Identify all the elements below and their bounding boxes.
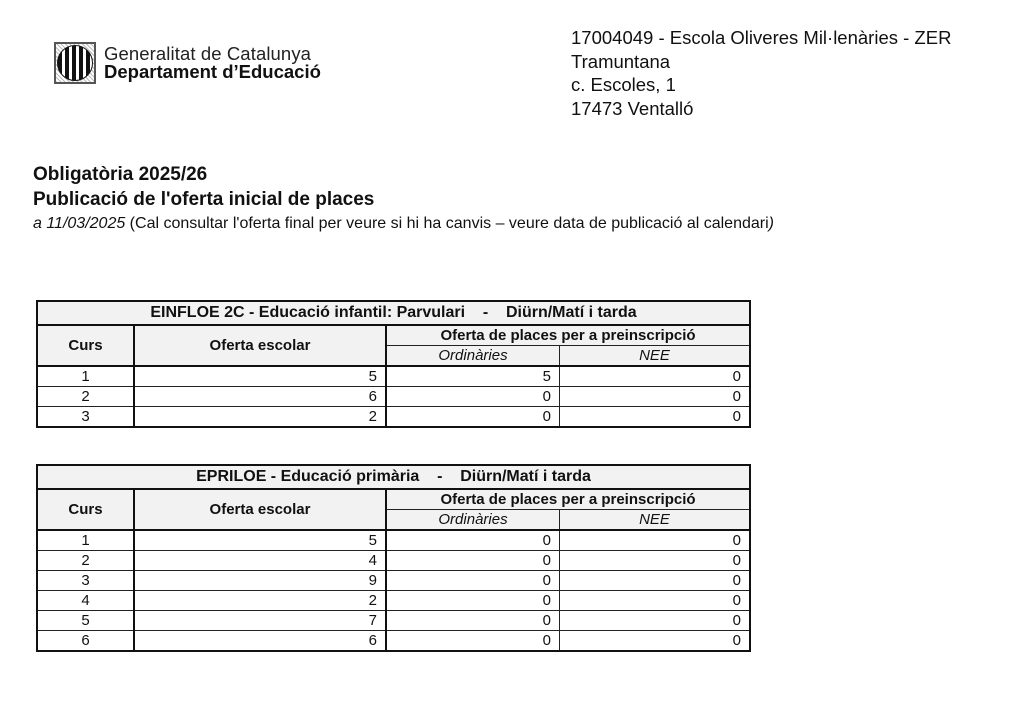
school-name-line-2: Tramuntana	[571, 50, 951, 74]
table-title: EINFLOE 2C - Educació infantil: Parvular…	[37, 301, 750, 325]
offer-table-infantil: EINFLOE 2C - Educació infantil: Parvular…	[36, 300, 751, 428]
cell-ordinaries: 0	[386, 407, 560, 428]
publication-date: a 11/03/2025	[33, 215, 125, 232]
cell-curs: 2	[37, 387, 134, 407]
cell-oferta-escolar: 4	[134, 551, 386, 571]
cell-curs: 4	[37, 591, 134, 611]
document-heading: Obligatòria 2025/26 Publicació de l'ofer…	[33, 162, 774, 235]
col-header-oferta-escolar: Oferta escolar	[134, 489, 386, 530]
table-row: 1550	[37, 366, 750, 387]
school-address: 17004049 - Escola Oliveres Mil·lenàries …	[571, 26, 951, 120]
cell-oferta-escolar: 2	[134, 591, 386, 611]
cell-oferta-escolar: 5	[134, 366, 386, 387]
cell-oferta-escolar: 6	[134, 387, 386, 407]
cell-ordinaries: 0	[386, 387, 560, 407]
school-name-line: 17004049 - Escola Oliveres Mil·lenàries …	[571, 26, 951, 50]
table-row: 2600	[37, 387, 750, 407]
col-header-preinscripcio: Oferta de places per a preinscripció	[386, 489, 750, 510]
street-line: c. Escoles, 1	[571, 73, 951, 97]
offer-table-primaria: EPRILOE - Educació primària - Diürn/Matí…	[36, 464, 751, 652]
cell-oferta-escolar: 2	[134, 407, 386, 428]
table-title: EPRILOE - Educació primària - Diürn/Matí…	[37, 465, 750, 489]
cell-ordinaries: 0	[386, 611, 560, 631]
cell-oferta-escolar: 5	[134, 530, 386, 551]
table-row: 4200	[37, 591, 750, 611]
cell-curs: 1	[37, 366, 134, 387]
cell-nee: 0	[560, 571, 751, 591]
cell-ordinaries: 0	[386, 571, 560, 591]
table-row: 5700	[37, 611, 750, 631]
col-header-oferta-escolar: Oferta escolar	[134, 325, 386, 366]
cell-curs: 1	[37, 530, 134, 551]
cell-nee: 0	[560, 551, 751, 571]
generalitat-logo: Generalitat de Catalunya Departament d’E…	[54, 42, 321, 84]
table-row: 3200	[37, 407, 750, 428]
publication-note: a 11/03/2025 (Cal consultar l'oferta fin…	[33, 213, 774, 235]
logo-line-departament: Departament d’Educació	[104, 63, 321, 81]
col-header-ordinaries: Ordinàries	[386, 510, 560, 531]
cell-ordinaries: 0	[386, 591, 560, 611]
cell-oferta-escolar: 9	[134, 571, 386, 591]
cell-ordinaries: 5	[386, 366, 560, 387]
col-header-curs: Curs	[37, 489, 134, 530]
col-header-nee: NEE	[560, 510, 751, 531]
cell-nee: 0	[560, 611, 751, 631]
cell-nee: 0	[560, 387, 751, 407]
table-row: 2400	[37, 551, 750, 571]
col-header-ordinaries: Ordinàries	[386, 346, 560, 367]
cell-nee: 0	[560, 407, 751, 428]
cell-curs: 2	[37, 551, 134, 571]
city-line: 17473 Ventalló	[571, 97, 951, 121]
table-row: 1500	[37, 530, 750, 551]
cell-curs: 3	[37, 407, 134, 428]
col-header-preinscripcio: Oferta de places per a preinscripció	[386, 325, 750, 346]
cell-curs: 6	[37, 631, 134, 652]
table-row: 3900	[37, 571, 750, 591]
page-subtitle: Publicació de l'oferta inicial de places	[33, 187, 774, 212]
generalitat-coat-of-arms-icon	[54, 42, 96, 84]
cell-nee: 0	[560, 530, 751, 551]
table-row: 6600	[37, 631, 750, 652]
cell-oferta-escolar: 6	[134, 631, 386, 652]
cell-nee: 0	[560, 366, 751, 387]
cell-nee: 0	[560, 591, 751, 611]
cell-ordinaries: 0	[386, 551, 560, 571]
cell-curs: 3	[37, 571, 134, 591]
cell-ordinaries: 0	[386, 631, 560, 652]
page-title: Obligatòria 2025/26	[33, 162, 774, 187]
cell-curs: 5	[37, 611, 134, 631]
cell-oferta-escolar: 7	[134, 611, 386, 631]
col-header-nee: NEE	[560, 346, 751, 367]
cell-ordinaries: 0	[386, 530, 560, 551]
cell-nee: 0	[560, 631, 751, 652]
col-header-curs: Curs	[37, 325, 134, 366]
publication-note-text: (Cal consultar l'oferta final per veure …	[125, 215, 768, 232]
